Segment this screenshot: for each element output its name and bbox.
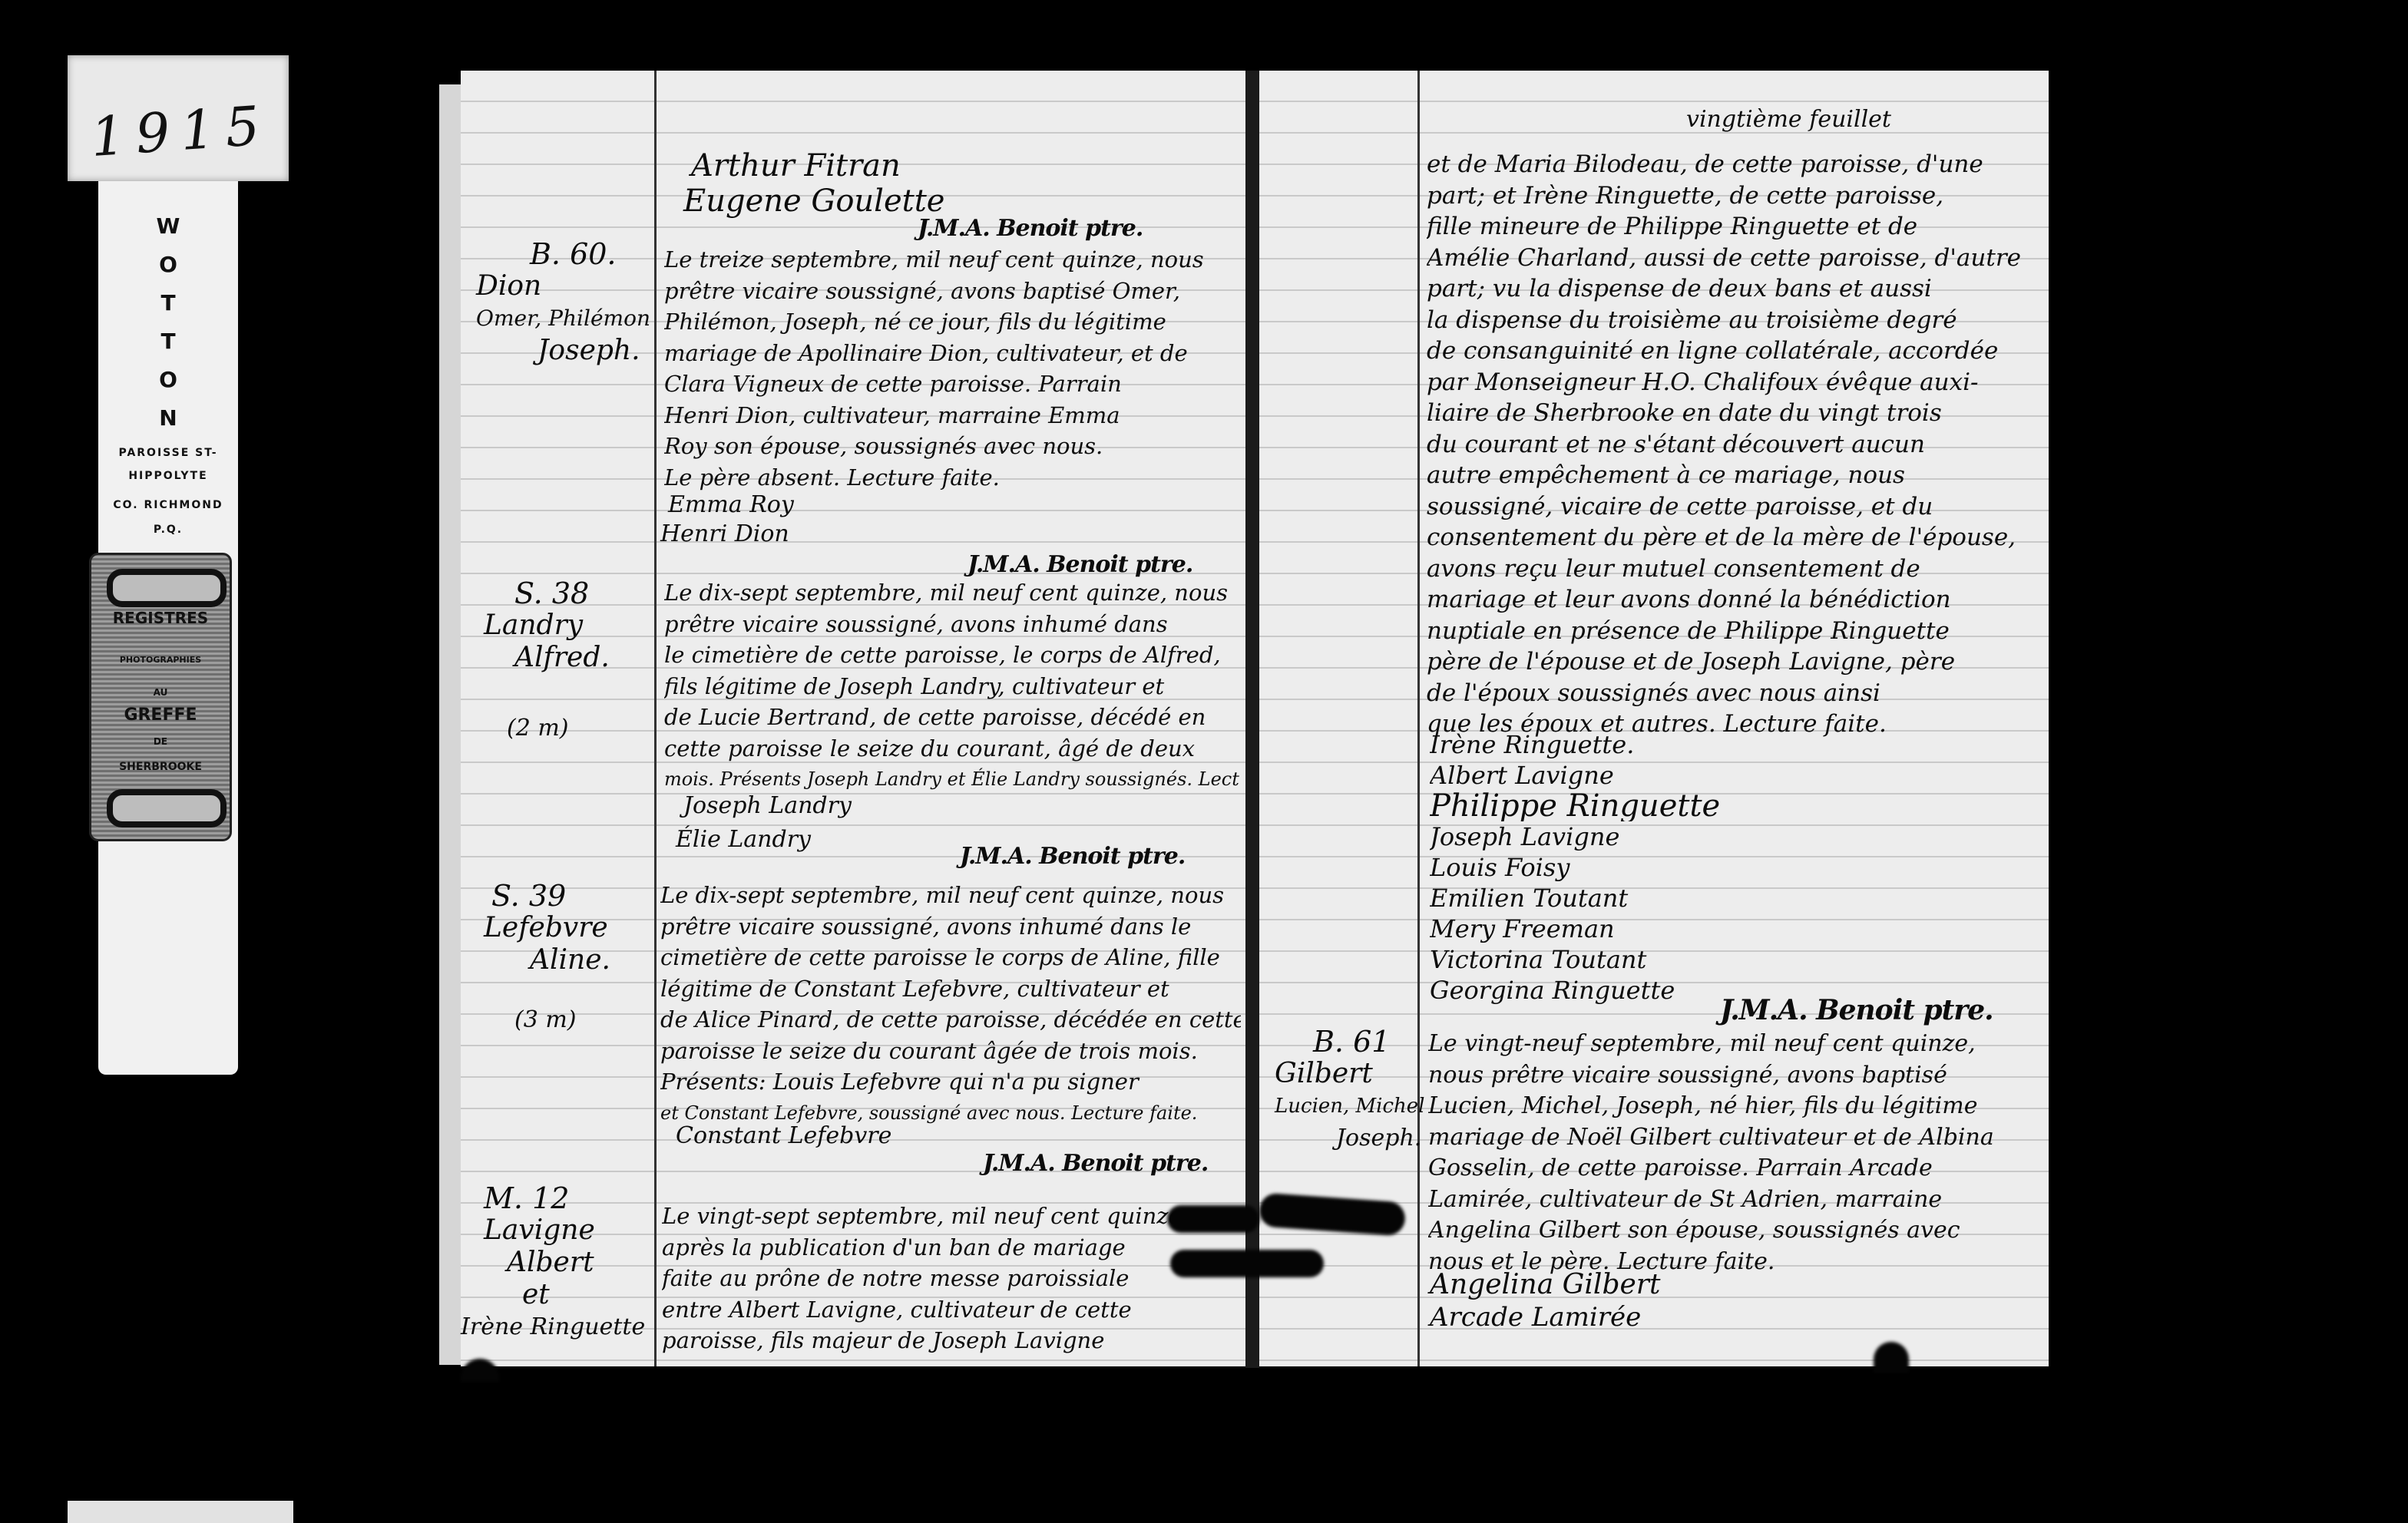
signature: Louis Foisy bbox=[1430, 852, 1890, 883]
signature: Mery Freeman bbox=[1430, 913, 1890, 944]
entry-text: Le dix-sept septembre, mil neuf cent qui… bbox=[660, 880, 1241, 1128]
signature: Emma Roy bbox=[668, 490, 794, 520]
text-line: du courant et ne s'étant découvert aucun bbox=[1427, 429, 2049, 461]
stamp-line: GREFFE bbox=[91, 705, 230, 725]
margin-given-names: Aline. bbox=[484, 944, 610, 976]
text-line: après la publication d'un ban de mariage bbox=[662, 1232, 1245, 1264]
signature: Angelina Gilbert bbox=[1430, 1270, 1660, 1300]
margin-given-names: Joseph. bbox=[476, 335, 650, 367]
registry-stamp: REGISTRES PHOTOGRAPHIES AU GREFFE DE SHE… bbox=[89, 553, 232, 841]
text-line: Le vingt-neuf septembre, mil neuf cent q… bbox=[1428, 1029, 2043, 1060]
signature: Joseph Landry bbox=[683, 791, 852, 821]
text-line: Le dix-sept septembre, mil neuf cent qui… bbox=[660, 880, 1241, 911]
priest-signature: J.M.A. Benoit ptre. bbox=[983, 1148, 1208, 1179]
clip-slot-top bbox=[107, 569, 227, 607]
town-letter: T bbox=[160, 284, 175, 322]
text-line: Amélie Charland, aussi de cette paroisse… bbox=[1427, 243, 2049, 274]
text-line: Le père absent. Lecture faite. bbox=[664, 462, 1240, 494]
marriage-continuation-text: et de Maria Bilodeau, de cette paroisse,… bbox=[1427, 149, 2049, 740]
margin-surname: Lefebvre bbox=[484, 912, 610, 944]
signature: Albert Lavigne bbox=[1430, 760, 1890, 791]
text-line: soussigné, vicaire de cette paroisse, et… bbox=[1427, 491, 2049, 523]
text-line: Roy son épouse, soussignés avec nous. bbox=[664, 431, 1240, 462]
province-label: P.Q. bbox=[98, 524, 238, 536]
marriage-signatures: Irène Ringuette. Albert Lavigne Philippe… bbox=[1430, 729, 1890, 1006]
signature: Élie Landry bbox=[676, 824, 811, 855]
paper-scrap bbox=[68, 1501, 293, 1523]
ink-smudge bbox=[1170, 1250, 1324, 1277]
county-label: CO. RICHMOND bbox=[98, 499, 238, 511]
entry-text: Le treize septembre, mil neuf cent quinz… bbox=[664, 244, 1240, 493]
stamp-line: REGISTRES bbox=[91, 609, 230, 627]
left-margin-rule bbox=[654, 71, 657, 1366]
signature: Emilien Toutant bbox=[1430, 883, 1890, 913]
text-line: prêtre vicaire soussigné, avons baptisé … bbox=[664, 276, 1240, 307]
text-line: le cimetière de cette paroisse, le corps… bbox=[664, 639, 1240, 671]
stamp-line: SHERBROOKE bbox=[91, 761, 230, 773]
text-line: cimetière de cette paroisse le corps de … bbox=[660, 942, 1241, 973]
text-line: la dispense du troisième au troisième de… bbox=[1427, 305, 2049, 336]
parish-line-1: PAROISSE ST- bbox=[98, 447, 238, 459]
margin-bride-name: Irène Ringuette bbox=[461, 1311, 645, 1343]
town-name-vertical: W O T T O N bbox=[98, 207, 238, 438]
text-line: fille mineure de Philippe Ringuette et d… bbox=[1427, 211, 2049, 243]
text-line: par Monseigneur H.O. Chalifoux évêque au… bbox=[1427, 367, 2049, 398]
entry-margin: S. 38 Landry Alfred. (2 m) bbox=[484, 577, 610, 745]
text-line: nuptiale en présence de Philippe Ringuet… bbox=[1427, 616, 2049, 647]
entry-text: Le vingt-sept septembre, mil neuf cent q… bbox=[662, 1201, 1245, 1356]
signature: Arthur Fitran bbox=[691, 150, 901, 181]
town-letter: T bbox=[160, 322, 175, 361]
entry-margin: M. 12 Lavigne Albert et Irène Ringuette bbox=[461, 1182, 645, 1343]
text-line: mariage de Noël Gilbert cultivateur et d… bbox=[1428, 1122, 2043, 1154]
signature: Henri Dion bbox=[660, 519, 789, 550]
entry-code: S. 38 bbox=[484, 577, 610, 610]
text-line: Présents: Louis Lefebvre qui n'a pu sign… bbox=[660, 1066, 1241, 1098]
entry-margin: S. 39 Lefebvre Aline. (3 m) bbox=[484, 880, 610, 1036]
text-line: mariage et leur avons donné la bénédicti… bbox=[1427, 584, 2049, 616]
margin-conjunction: et bbox=[461, 1279, 645, 1311]
text-line: consentement du père et de la mère de l'… bbox=[1427, 522, 2049, 553]
clip-slot-bottom bbox=[107, 789, 227, 828]
entry-margin: B. 60. Dion Omer, Philémon Joseph. bbox=[476, 238, 650, 367]
year-label: 1915 bbox=[88, 94, 272, 169]
text-line: faite au prône de notre messe paroissial… bbox=[662, 1263, 1245, 1294]
text-line: Le dix-sept septembre, mil neuf cent qui… bbox=[664, 577, 1240, 609]
text-line: de Lucie Bertrand, de cette paroisse, dé… bbox=[664, 702, 1240, 733]
town-letter: N bbox=[159, 399, 177, 438]
signature: Arcade Lamirée bbox=[1430, 1302, 1641, 1333]
text-line: et de Maria Bilodeau, de cette paroisse,… bbox=[1427, 149, 2049, 180]
text-line: Philémon, Joseph, né ce jour, fils du lé… bbox=[664, 306, 1240, 338]
text-line: père de l'épouse et de Joseph Lavigne, p… bbox=[1427, 646, 2049, 678]
text-line: autre empêchement à ce mariage, nous bbox=[1427, 460, 2049, 491]
text-line: nous prêtre vicaire soussigné, avons bap… bbox=[1428, 1060, 2043, 1092]
text-line: de consanguinité en ligne collatérale, a… bbox=[1427, 335, 2049, 367]
margin-given-names: Lucien, Michel bbox=[1275, 1090, 1425, 1122]
entry-code: B. 61 bbox=[1275, 1026, 1425, 1058]
entry-code: S. 39 bbox=[484, 880, 610, 912]
stamp-line: PHOTOGRAPHIES bbox=[91, 655, 230, 665]
margin-surname: Landry bbox=[484, 610, 610, 642]
priest-signature: J.M.A. Benoit ptre. bbox=[918, 213, 1143, 244]
signature: Philippe Ringuette bbox=[1430, 791, 1890, 821]
ink-smudge bbox=[1167, 1205, 1259, 1233]
text-line: prêtre vicaire soussigné, avons inhumé d… bbox=[660, 911, 1241, 943]
margin-given-names: Albert bbox=[461, 1247, 645, 1279]
text-line: part; et Irène Ringuette, de cette paroi… bbox=[1427, 180, 2049, 212]
priest-signature: J.M.A. Benoit ptre. bbox=[1720, 995, 1993, 1026]
priest-signature: J.M.A. Benoit ptre. bbox=[960, 841, 1185, 872]
page-edge-stack bbox=[439, 84, 462, 1365]
entry-text: Le dix-sept septembre, mil neuf cent qui… bbox=[664, 577, 1240, 795]
folio-header: vingtième feuillet bbox=[1686, 104, 1891, 135]
text-line: part; vu la dispense de deux bans et aus… bbox=[1427, 273, 2049, 305]
entry-text: Le vingt-neuf septembre, mil neuf cent q… bbox=[1428, 1029, 2043, 1277]
stamp-line: DE bbox=[91, 736, 230, 747]
age-note: (3 m) bbox=[484, 1004, 610, 1036]
text-line: Angelina Gilbert son épouse, soussignés … bbox=[1428, 1215, 2043, 1247]
margin-given-names: Alfred. bbox=[484, 642, 610, 674]
text-line: paroisse le seize du courant âgée de tro… bbox=[660, 1036, 1241, 1067]
text-line: légitime de Constant Lefebvre, cultivate… bbox=[660, 973, 1241, 1005]
entry-code: B. 60. bbox=[476, 238, 650, 270]
text-line: Le treize septembre, mil neuf cent quinz… bbox=[664, 244, 1240, 276]
text-line: cette paroisse le seize du courant, âgé … bbox=[664, 733, 1240, 765]
text-line: paroisse, fils majeur de Joseph Lavigne bbox=[662, 1325, 1245, 1356]
age-note: (2 m) bbox=[484, 712, 610, 745]
signature: Joseph Lavigne bbox=[1430, 821, 1890, 852]
signature: Constant Lefebvre bbox=[676, 1121, 891, 1151]
text-line: Henri Dion, cultivateur, marraine Emma bbox=[664, 400, 1240, 431]
text-line: Gosselin, de cette paroisse. Parrain Arc… bbox=[1428, 1153, 2043, 1184]
town-letter: O bbox=[159, 246, 177, 284]
priest-signature: J.M.A. Benoit ptre. bbox=[968, 550, 1192, 580]
text-line: prêtre vicaire soussigné, avons inhumé d… bbox=[664, 609, 1240, 640]
text-line: Clara Vigneux de cette paroisse. Parrain bbox=[664, 368, 1240, 400]
text-line: fils légitime de Joseph Landry, cultivat… bbox=[664, 671, 1240, 702]
text-line: Le vingt-sept septembre, mil neuf cent q… bbox=[662, 1201, 1245, 1232]
margin-surname: Lavigne bbox=[461, 1214, 645, 1247]
margin-surname: Dion bbox=[476, 270, 650, 302]
signature: Irène Ringuette. bbox=[1430, 729, 1890, 760]
parish-line-2: HIPPOLYTE bbox=[98, 470, 238, 482]
text-line: Lamirée, cultivateur de St Adrien, marra… bbox=[1428, 1184, 2043, 1216]
margin-given-names: Joseph. bbox=[1275, 1122, 1425, 1155]
text-line: entre Albert Lavigne, cultivateur de cet… bbox=[662, 1294, 1245, 1326]
text-line: de l'époux soussignés avec nous ainsi bbox=[1427, 678, 2049, 709]
town-letter: O bbox=[159, 361, 177, 399]
entry-code: M. 12 bbox=[461, 1182, 645, 1214]
entry-margin: B. 61 Gilbert Lucien, Michel Joseph. bbox=[1275, 1026, 1425, 1155]
right-margin-rule bbox=[1417, 71, 1420, 1366]
text-line: liaire de Sherbrooke en date du vingt tr… bbox=[1427, 398, 2049, 429]
margin-given-names: Omer, Philémon bbox=[476, 302, 650, 335]
text-line: de Alice Pinard, de cette paroisse, décé… bbox=[660, 1004, 1241, 1036]
thumb-shadow bbox=[1874, 1342, 1909, 1373]
stamp-line: AU bbox=[91, 687, 230, 698]
text-line: avons reçu leur mutuel consentement de bbox=[1427, 553, 2049, 585]
town-letter: W bbox=[157, 207, 180, 246]
book-spine bbox=[1245, 71, 1259, 1368]
text-line: mariage de Apollinaire Dion, cultivateur… bbox=[664, 338, 1240, 369]
margin-surname: Gilbert bbox=[1275, 1058, 1425, 1090]
signature: Eugene Goulette bbox=[683, 186, 944, 216]
signature: Victorina Toutant bbox=[1430, 944, 1890, 975]
text-line: Lucien, Michel, Joseph, né hier, fils du… bbox=[1428, 1091, 2043, 1122]
